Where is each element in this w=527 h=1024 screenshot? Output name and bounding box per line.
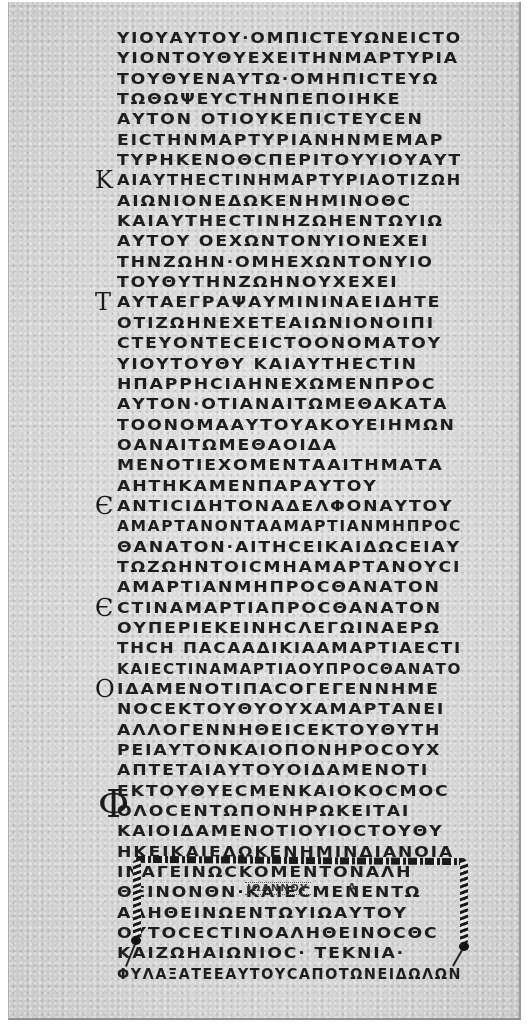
line-text: ΦΥΛΑΞΑΤΕΕΑΥΤΟΥCΑΠΟΤΩΝΕΙΔΩΛΩΝ <box>117 964 462 984</box>
text-line: ΕΙCΤΗΝΜΑΡΤΥΡΙΑΝΗΝΜΕΜΑΡ <box>117 130 482 150</box>
line-text: CΤΕΥΟΝΤΕCΕΙCΤΟΟΝΟΜΑΤΟΥ <box>117 333 442 353</box>
text-line: ΥΙΟΥΑΥΤΟΥ·ΟΜΠΙCΤΕΥΩΝΕΙCΤΟ <box>117 28 482 48</box>
text-line: ΤΗΝΖΩΗΝ·ΟΜΗΕΧΩΝΤΟΝΥΙΟ <box>117 252 482 272</box>
text-line: ΚΑΙΟΙΔΑΜΕΝΟΤΙΟΥΙΟCΤΟΥΘΥ <box>117 821 482 841</box>
line-text: ΚΑΙΑΥΤΗΕCΤΙΝΗΖΩΗΕΝΤΩΥΙΩ <box>117 211 444 231</box>
line-text: ΑΝΤΙCΙΔΗΤΟΝΑΔΕΛΦΟΝΑΥΤΟΥ <box>117 496 453 516</box>
text-line: ΑΛΗΘΕΙΝΩΕΝΤΩΥΙΩΑΥΤΟΥ <box>117 903 482 923</box>
line-text: ΥΙΟΝΤΟΥΘΥΕΧΕΙΤΗΝΜΑΡΤΥΡΙΑ <box>117 48 459 68</box>
text-line: ΑΥΤΟΝ ΟΤΙΟΥΚΕΠΙCΤΕΥCΕΝ <box>117 109 482 129</box>
decorated-initial: Τ <box>95 290 113 314</box>
colophon-border-left <box>133 860 141 940</box>
line-text: ΥΙΟΥΤΟΥΘΥ ΚΑΙΑΥΤΗΕCΤΙΝ <box>117 354 418 374</box>
text-line: ΑΥΤΟΥ ΟΕΧΩΝΤΟΝΥΙΟΝΕΧΕΙ <box>117 231 482 251</box>
text-line: ΟΤΙΖΩΗΝΕΧΕΤΕΑΙΩΝΙΟΝΟΙΠΙ <box>117 313 482 333</box>
text-line: ΟΛΟCΕΝΤΩΠΟΝΗΡΩΚΕΙΤΑΙ <box>117 801 482 821</box>
line-text: ΤΟΥΘΥΤΗΝΖΩΗΝΟΥΧΕΧΕΙ <box>117 272 398 292</box>
line-text: ΤΥΡΗΚΕΝΟΘCΠΕΡΙΤΟΥΥΙΟΥΑΥΤ <box>117 150 462 170</box>
line-text: ΑΙΩΝΙΟΝΕΔΩΚΕΝΗΜΙΝΟΘC <box>117 191 412 211</box>
text-line: ΗΠΑΡΡΗCΙΑΗΝΕΧΩΜΕΝΠΡΟC <box>117 374 482 394</box>
line-text: ΟΤΙΖΩΗΝΕΧΕΤΕΑΙΩΝΙΟΝΟΙΠΙ <box>117 313 435 333</box>
line-text: ΚΑΙΟΙΔΑΜΕΝΟΤΙΟΥΙΟCΤΟΥΘΥ <box>117 821 443 841</box>
line-text: ΑΥΤΟΝ·ΟΤΙΑΝΑΙΤΩΜΕΘΑΚΑΤΑ <box>117 394 448 414</box>
text-line: ΤΟΥΘΥΤΗΝΖΩΗΝΟΥΧΕΧΕΙ <box>117 272 482 292</box>
text-line: ΟΑΝΑΙΤΩΜΕΘΑΟΙΔΑ <box>117 435 482 455</box>
decorated-initial: Κ <box>95 168 115 192</box>
line-text: ΤΩΖΩΗΝΤΟΙCΜΗΑΜΑΡΤΑΝΟΥCΙ <box>117 557 461 577</box>
line-text: ΕΙCΤΗΝΜΑΡΤΥΡΙΑΝΗΝΜΕΜΑΡ <box>117 130 444 150</box>
line-text: ΟΥΤΟCΕCΤΙΝΟΑΛΗΘΕΙΝΟCΘC <box>117 923 439 943</box>
line-text: ΥΙΟΥΑΥΤΟΥ·ΟΜΠΙCΤΕΥΩΝΕΙCΤΟ <box>117 28 462 48</box>
text-line: ΤΑΥΤΑΕΓΡΑΨΑΥΜΙΝΙΝΑΕΙΔΗΤΕ <box>117 292 482 312</box>
text-line: ΑΛΛΟΓΕΝΝΗΘΕΙCΕΚΤΟΥΘΥΤΗ <box>117 720 482 740</box>
text-line: ΝΟCΕΚΤΟΥΘΥΟΥΧΑΜΑΡΤΑΝΕΙ <box>117 699 482 719</box>
subscription-number: Α <box>348 882 357 893</box>
text-line: ЄCΤΙΝΑΜΑΡΤΙΑΠΡΟCΘΑΝΑΤΟΝ <box>117 598 482 618</box>
line-text: ΑΗΤΗΚΑΜΕΝΠΑΡΑΥΤΟΥ <box>117 476 378 496</box>
text-line: ΤΟΟΝΟΜΑΑΥΤΟΥΑΚΟΥΕΙΗΜΩΝ <box>117 415 482 435</box>
text-line: ΥΙΟΥΤΟΥΘΥ ΚΑΙΑΥΤΗΕCΤΙΝ <box>117 354 482 374</box>
line-text: ΤΟΥΘΥΕΝΑΥΤΩ·ΟΜΗΠΙCΤΕΥΩ <box>117 69 439 89</box>
text-line: ΕΚΤΟΥΘΥΕCΜΕΝΚΑΙΟΚΟCΜΟC <box>117 781 482 801</box>
colophon-border-right <box>460 860 468 944</box>
line-text: ΙΝΑΓΕΙΝΩCΚΟΜΕΝΤΟΝΑΛΗ <box>117 862 412 882</box>
text-line: ΤΗCΗ ΠΑCΑΑΔΙΚΙΑΑΜΑΡΤΙΑΕCΤΙ <box>117 638 482 658</box>
text-line: CΤΕΥΟΝΤΕCΕΙCΤΟΟΝΟΜΑΤΟΥ <box>117 333 482 353</box>
line-text: ΚΑΙΕCΤΙΝΑΜΑΡΤΙΑΟΥΠΡΟCΘΑΝΑΤΟ <box>117 659 462 679</box>
line-text: ΜΕΝΟΤΙΕΧΟΜΕΝΤΑΑΙΤΗΜΑΤΑ <box>117 455 444 475</box>
text-line: ΦΥΛΑΞΑΤΕΕΑΥΤΟΥCΑΠΟΤΩΝΕΙΔΩΛΩΝ <box>117 964 482 984</box>
text-line: ΡΕΙΑΥΤΟΝΚΑΙΟΠΟΝΗΡΟCΟΥΧ <box>117 740 482 760</box>
line-text: ΑΛΗΘΕΙΝΩΕΝΤΩΥΙΩΑΥΤΟΥ <box>117 903 408 923</box>
text-line: ΟΙΔΑΜΕΝΟΤΙΠΑCΟΓΕΓΕΝΝΗΜΕ <box>117 679 482 699</box>
text-line: ΤΟΥΘΥΕΝΑΥΤΩ·ΟΜΗΠΙCΤΕΥΩ <box>117 69 482 89</box>
text-line: ΑΜΑΡΤΙΑΝΜΗΠΡΟCΘΑΝΑΤΟΝ <box>117 577 482 597</box>
text-line: ΑΜΑΡΤΑΝΟΝΤΑΑΜΑΡΤΙΑΝΜΗΠΡΟC <box>117 516 482 536</box>
text-line: ΤΩΖΩΗΝΤΟΙCΜΗΑΜΑΡΤΑΝΟΥCΙ <box>117 557 482 577</box>
line-text: ΤΟΟΝΟΜΑΑΥΤΟΥΑΚΟΥΕΙΗΜΩΝ <box>117 415 456 435</box>
text-line: ΑΥΤΟΝ·ΟΤΙΑΝΑΙΤΩΜΕΘΑΚΑΤΑ <box>117 394 482 414</box>
line-text: ΑΛΛΟΓΕΝΝΗΘΕΙCΕΚΤΟΥΘΥΤΗ <box>117 720 441 740</box>
border-knot-left <box>131 936 141 945</box>
text-line: ΥΙΟΝΤΟΥΘΥΕΧΕΙΤΗΝΜΑΡΤΥΡΙΑ <box>117 48 482 68</box>
text-line: ΚΑΙΕCΤΙΝΑΜΑΡΤΙΑΟΥΠΡΟCΘΑΝΑΤΟ <box>117 659 482 679</box>
text-line: ΟΥΠΕΡΙΕΚΕΙΝΗCΛΕΓΩΙΝΑΕΡΩ <box>117 618 482 638</box>
line-text: ΤΗCΗ ΠΑCΑΑΔΙΚΙΑΑΜΑΡΤΙΑΕCΤΙ <box>117 638 462 658</box>
marginal-phi-initial: Φ <box>98 784 129 824</box>
text-line: ΚΑΙΑΥΤΗΕCΤΙΝΗΖΩΗΕΝΤΩΥΙΩ <box>117 211 482 231</box>
line-text: ΗΠΑΡΡΗCΙΑΗΝΕΧΩΜΕΝΠΡΟC <box>117 374 436 394</box>
line-text: ΑΜΑΡΤΙΑΝΜΗΠΡΟCΘΑΝΑΤΟΝ <box>117 577 441 597</box>
line-text: ΑΥΤΟΝ ΟΤΙΟΥΚΕΠΙCΤΕΥCΕΝ <box>117 109 424 129</box>
line-text: ΑΙΑΥΤΗΕCΤΙΝΗΜΑΡΤΥΡΙΑΟΤΙΖΩΗ <box>117 170 462 190</box>
text-line: ΚΑΙΑΥΤΗΕCΤΙΝΗΜΑΡΤΥΡΙΑΟΤΙΖΩΗ <box>117 170 482 190</box>
text-column: ΥΙΟΥΑΥΤΟΥ·ΟΜΠΙCΤΕΥΩΝΕΙCΤΟΥΙΟΝΤΟΥΘΥΕΧΕΙΤΗ… <box>117 28 482 984</box>
decorated-initial: Є <box>95 596 115 620</box>
line-text: ΑΥΤΟΥ ΟΕΧΩΝΤΟΝΥΙΟΝΕΧΕΙ <box>117 231 429 251</box>
text-line: ΑΙΩΝΙΟΝΕΔΩΚΕΝΗΜΙΝΟΘC <box>117 191 482 211</box>
decorated-initial: Є <box>95 494 115 518</box>
manuscript-page: ΥΙΟΥΑΥΤΟΥ·ΟΜΠΙCΤΕΥΩΝΕΙCΤΟΥΙΟΝΤΟΥΘΥΕΧΕΙΤΗ… <box>8 2 521 1020</box>
line-text: ΝΟCΕΚΤΟΥΘΥΟΥΧΑΜΑΡΤΑΝΕΙ <box>117 699 445 719</box>
line-text: ΑΠΤΕΤΑΙΑΥΤΟΥΟΙΔΑΜΕΝΟΤΙ <box>117 760 429 780</box>
line-text: ΑΜΑΡΤΑΝΟΝΤΑΑΜΑΡΤΙΑΝΜΗΠΡΟC <box>117 516 462 536</box>
text-line: ΑΠΤΕΤΑΙΑΥΤΟΥΟΙΔΑΜΕΝΟΤΙ <box>117 760 482 780</box>
line-text: ΑΥΤΑΕΓΡΑΨΑΥΜΙΝΙΝΑΕΙΔΗΤΕ <box>117 292 441 312</box>
line-text: CΤΙΝΑΜΑΡΤΙΑΠΡΟCΘΑΝΑΤΟΝ <box>117 598 442 618</box>
line-text: ΕΚΤΟΥΘΥΕCΜΕΝΚΑΙΟΚΟCΜΟC <box>117 781 450 801</box>
decorated-initial: Ο <box>95 677 116 701</box>
text-line: ΙΝΑΓΕΙΝΩCΚΟΜΕΝΤΟΝΑΛΗ <box>117 862 482 882</box>
line-text: ΚΑΙΖΩΗΑΙΩΝΙΟC· ΤΕΚΝΙΑ· <box>117 943 405 963</box>
subscription-title: ΙΩΑΝΝΟΥ <box>245 882 311 895</box>
line-text: ΤΗΝΖΩΗΝ·ΟΜΗΕΧΩΝΤΟΝΥΙΟ <box>117 252 434 272</box>
line-text: ΟΥΠΕΡΙΕΚΕΙΝΗCΛΕΓΩΙΝΑΕΡΩ <box>117 618 441 638</box>
text-line: ΤΩΘΩΨΕΥCΤΗΝΠΕΠΟΙΗΚΕ <box>117 89 482 109</box>
text-line: ЄΑΝΤΙCΙΔΗΤΟΝΑΔΕΛΦΟΝΑΥΤΟΥ <box>117 496 482 516</box>
text-line: ΘΑΝΑΤΟΝ·ΑΙΤΗCΕΙΚΑΙΔΩCΕΙΑΥ <box>117 537 482 557</box>
text-line: ΑΗΤΗΚΑΜΕΝΠΑΡΑΥΤΟΥ <box>117 476 482 496</box>
line-text: ΟΛΟCΕΝΤΩΠΟΝΗΡΩΚΕΙΤΑΙ <box>117 801 410 821</box>
text-line: ΚΑΙΖΩΗΑΙΩΝΙΟC· ΤΕΚΝΙΑ· <box>117 943 482 963</box>
text-line: ΤΥΡΗΚΕΝΟΘCΠΕΡΙΤΟΥΥΙΟΥΑΥΤ <box>117 150 482 170</box>
line-text: ΤΩΘΩΨΕΥCΤΗΝΠΕΠΟΙΗΚΕ <box>117 89 401 109</box>
text-line: ΜΕΝΟΤΙΕΧΟΜΕΝΤΑΑΙΤΗΜΑΤΑ <box>117 455 482 475</box>
line-text: ΡΕΙΑΥΤΟΝΚΑΙΟΠΟΝΗΡΟCΟΥΧ <box>117 740 441 760</box>
line-text: ΟΑΝΑΙΤΩΜΕΘΑΟΙΔΑ <box>117 435 338 455</box>
line-text: ΙΔΑΜΕΝΟΤΙΠΑCΟΓΕΓΕΝΝΗΜΕ <box>117 679 440 699</box>
line-text: ΘΑΝΑΤΟΝ·ΑΙΤΗCΕΙΚΑΙΔΩCΕΙΑΥ <box>117 537 461 557</box>
text-line: ΟΥΤΟCΕCΤΙΝΟΑΛΗΘΕΙΝΟCΘC <box>117 923 482 943</box>
